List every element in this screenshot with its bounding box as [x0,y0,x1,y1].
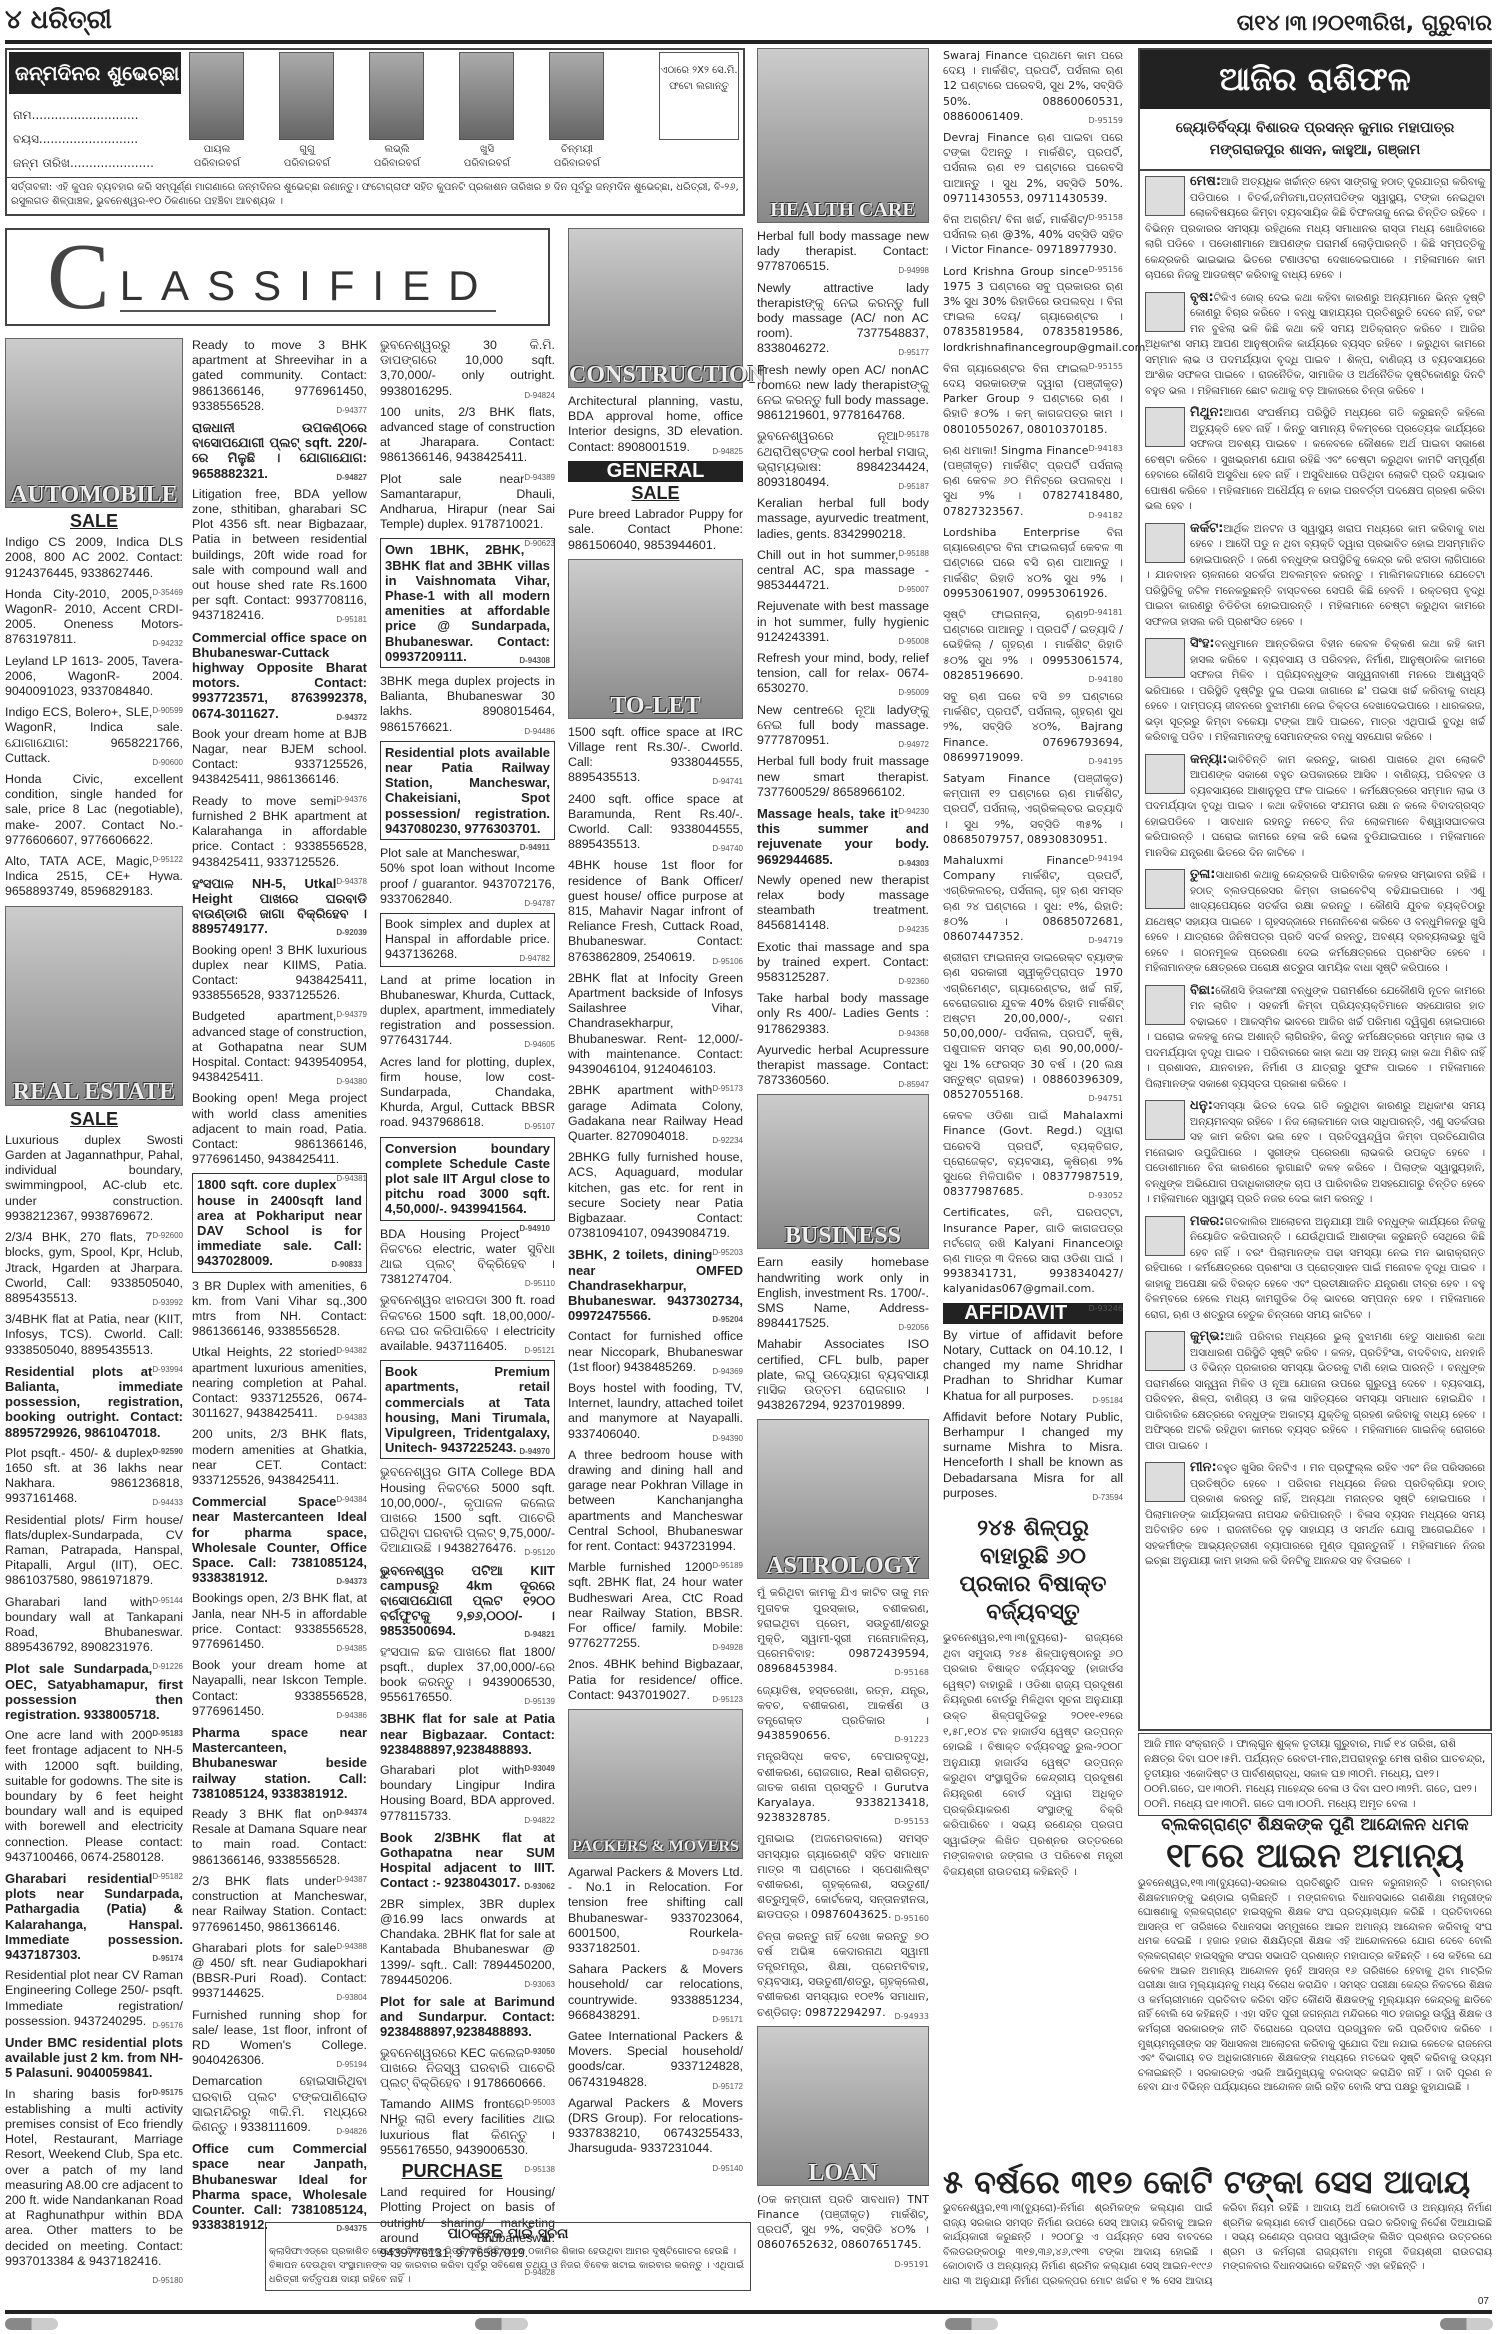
ad-code: D-94972 [898,737,929,752]
classified-ad: A three bedroom house with drawing and d… [568,1448,743,1554]
classified-ad: ହଂସପାଳ ଛକ ପାଖରେ flat 1800/ psqft., duple… [380,1645,555,1706]
ad-code: D-90833 [331,1257,362,1272]
news-body: ଭୁବନେଶ୍ୱର,୧୩।୩(ବ୍ୟୁରୋ)-ସରକାର ପ୍ରତିଶ୍ରୁତି… [1138,1877,1492,2096]
decor-pill [475,2318,528,2330]
news-teachers: ବ୍ଲକଗ୍ରାଣ୍ଟ ଶିକ୍ଷକଙ୍କ ପୁଣି ଆନ୍ଦୋଳନ ଧମକ ୧… [1138,1815,1492,2096]
ad-code: D-94933 [895,2009,930,2024]
classified-ad: 200 units, 2/3 BHK flats, modern ameniti… [192,1427,367,1488]
classified-ad: Mahabir Associates ISO certified, CFL bu… [757,1337,929,1413]
child-caption: ଖୁସିପରିବାରବର୍ଗ [447,143,527,171]
classified-ad: One acre land with 200 feet frontage adj… [5,1728,183,1865]
ad-text: Litigation free, BDA yellow zone, sthiti… [192,487,367,623]
child-photo [189,52,244,140]
ad-code: D-95168 [895,1665,930,1680]
child-photo [279,52,334,140]
ad-code: D-95203 [712,1245,743,1260]
zodiac-icon [1145,1216,1185,1256]
sign-text: କୌଣସି ହିତାକାଂକ୍ଷୀ ବନ୍ଧୁଙ୍କ ପରାମର୍ଶରେ ଯେକ… [1145,985,1485,1090]
ad-code: D-92360 [898,974,929,989]
ad-code: D-94368 [898,1026,929,1041]
classified-ad: Gatee International Packers & Movers. Sp… [568,2029,743,2090]
ad-code: D-95172 [712,2079,743,2094]
section-sale: SALE [5,1112,183,1127]
ad-text: 3BHK flat for sale at Patia near Bigbaza… [380,1711,555,1756]
zodiac-sign: କନ୍ୟା:ଭାବିଚିନ୍ତି କାମ କରନ୍ତୁ, କାରଣ ପାଖରେ … [1140,749,1490,865]
ad-code: D-94374 [336,1805,367,1820]
ad-code: D-95188 [898,546,929,561]
classified-ad: ମୁନାଭାଇ (ଅଜମେରବାଲେ) ସମସ୍ତ ସମସ୍ୟାର ଗ୍ୟାରେ… [757,1831,929,1922]
news-headline: ୧୮ରେ ଆଇନ ଅମାନ୍ୟ [1138,1835,1492,1877]
ad-code: D-95174 [152,1951,183,1966]
ad-code: D-95123 [712,1692,743,1707]
classified-ad: Ready to move 3 BHK apartment at Shreevi… [192,338,367,414]
classified-ad: Book 2/3BHK flat at Gothapatna near SUM … [380,1830,555,1891]
news-headline-cess: ୫ ବର୍ଷରେ ୩୧୭ କୋଟି ଟଙ୍କା ସେସ ଆଦାୟ [943,2163,1492,2202]
ad-code: D-95160 [895,1911,930,1926]
ad-code: D-94827 [336,470,367,485]
panchang: ଆଜି ମୀନ ସଂକ୍ରାନ୍ତି । ଫାଲ୍‌ଗୁନ ଶୁକ୍ଳ ତୃତୀ… [1138,1733,1492,1816]
birthday-title: ଜନ୍ମଦିନର ଶୁଭେଚ୍ଛା [9,52,181,94]
masthead: ୪ ଧରିତ୍ରୀ ତା୧୪।୩।୨୦୧୩ରିଖ, ଗୁରୁବାର [5,4,1492,44]
classified-ad: Pharma space near Mastercanteen, Bhubane… [192,1725,367,1801]
child-caption: ଲଭ୍‌ଲିପରିବାରବର୍ଗ [357,143,437,171]
ad-code: D-94388 [336,1939,367,1954]
ad-code: D-94825 [712,444,743,459]
child-caption: ଚିନ୍ମୟୀପରିବାରବର୍ଗ [537,143,617,171]
zodiac-icon [1145,754,1185,794]
ad-code: D-95159 [1089,113,1124,128]
ad-code: D-92590 [152,1444,183,1459]
ad-code: D-95156 [1089,262,1124,277]
ad-text: Conversion boundary complete Schedule Ca… [385,1141,550,1217]
classified-ad: Office cum Commercial space near Janpath… [192,2141,367,2232]
classified-ad: Book Premium apartments, retail commerci… [380,1360,555,1459]
ad-text: 200 units, 2/3 BHK flats, modern ameniti… [192,1427,367,1487]
classified-ad: Booking open! Mega project with world cl… [192,1091,367,1167]
ad-code: D-93049 [524,1761,555,1776]
zodiac-icon [1145,869,1185,909]
classified-ad: Furnished running shop for sale/ lease, … [192,2008,367,2069]
ad-code: D-94180 [1089,672,1124,687]
page-label: ୪ ଧରିତ୍ରୀ [5,5,112,36]
news-body-waste: ଭୁବନେଶ୍ୱର,୧୩।୩(ବ୍ୟୁରୋ)- ରାଜ୍ୟରେ ଥିବା ସମୁ… [943,1631,1123,1881]
ad-code: D-94378 [336,874,367,889]
zodiac-icon [1145,638,1185,678]
classified-ad: Devraj Finance ଋଣ ପାଇବା ପରେ ଟଙ୍କା ଦିଅନ୍ତ… [943,130,1123,206]
ad-text: By virtue of affidavit before Notary, Cu… [943,1328,1123,1403]
sign-text: ଟିକିଏ ଜୋର୍ ଦେଇ କଥା କହିବା କାରଣରୁ ଅନ୍ୟମାନେ… [1145,292,1485,397]
ad-code: D-95155 [1089,359,1124,374]
loan-image: LOAN [757,2026,929,2186]
ad-text: Pharma space near Mastercanteen, Bhubane… [192,1725,367,1801]
ad-code: D-93063 [524,1977,555,1992]
health-care-image: HEALTH CARE [757,48,929,223]
ad-code: D-95140 [712,2161,743,2176]
automobile-image: AUTOMOBILE [5,338,183,508]
sign-name: ବିଛା: [1190,983,1215,998]
classified-ad: Commercial office space on Bhubaneswar-C… [192,630,367,721]
sign-text: ଆର୍ଥିକ ଅନଟନ ଓ ସ୍ୱାସ୍ଥ୍ୟ ଖରାପ ମଧ୍ୟରେ କାମ … [1145,523,1485,628]
ad-code: D-94822 [524,1813,555,1828]
zodiac-sign: କର୍କଟ:ଆର୍ଥିକ ଅନଟନ ଓ ସ୍ୱାସ୍ଥ୍ୟ ଖରାପ ମଧ୍ୟର… [1140,518,1490,634]
classified-ad: Own 1BHK, 2BHK, 3BHK flat and 3BHK villa… [380,538,555,668]
classified-ad: Herbal full body fruit massage new smart… [757,754,929,800]
ad-text: Book your dream home at BJB Nagar, near … [192,727,367,787]
ad-text: Plot for sale at Barimund and Sundarpur.… [380,1994,555,2039]
ad-code: D-95183 [152,1726,183,1741]
ad-code: D-93992 [152,1295,183,1310]
ad-text: ଭୁବନେଶ୍ୱର GITA College BDA Housing ନିକଟର… [380,1465,555,1555]
ad-text: Commercial Space near Mastercanteen Idea… [192,1494,367,1585]
classified-ad: Agarwal Packers & Movers (DRS Group). Fo… [568,2096,743,2157]
ad-code: D-94998 [898,263,929,278]
classified-ad: Boys hostel with fooding, TV, Internet, … [568,1381,743,1442]
ad-code: D-92056 [898,1320,929,1335]
ad-code: D-95138 [524,2162,555,2177]
ad-code: D-95122 [152,852,183,867]
ad-code: D-94486 [524,724,555,739]
column-automobile-realestate: AUTOMOBILE SALE Indigo CS 2009, Indica D… [5,338,183,2288]
ad-text: Agarwal Packers & Movers (DRS Group). Fo… [568,2096,743,2156]
name-field: ନାମ............................ [13,108,138,123]
classified-ad: Booking open! 3 BHK luxurious duplex nea… [192,943,367,1004]
classified-banner: C LASSIFIED [5,228,550,326]
coupon-terms: ସର୍ତ୍ତାବଳୀ: ଏହି କୁପନ ବ୍ୟବହାର କରି ସମ୍ପୂର୍… [7,177,743,212]
ad-text: Office cum Commercial space near Janpath… [192,2141,367,2232]
reader-notice: ପାଠକଙ୍କ ପାଇଁ ସୂଚନା କ୍ଲାସିଫାଏଡ୍‌ରେ ପ୍ରକାଶ… [265,2222,751,2291]
ad-code: D-95110 [525,1276,555,1291]
classified-ad: Pure breed Labrador Puppy for sale. Cont… [568,507,743,553]
ad-code: D-94303 [898,856,929,871]
news-headline-waste: ୨୪୫ ଶିଳ୍ପରୁ ବାହାରୁଛି ୬୦ ପ୍ରକାର ବିଷାକ୍ତ ବ… [943,1515,1123,1627]
classified-ad: Swaraj Finance ପ୍ରଥମେ କାମ ପରେ ଦେୟ । ମାର୍… [943,48,1123,124]
ad-code: D-94970 [519,1444,550,1459]
ad-code: D-35469 [152,585,183,600]
ad-text: Commercial office space on Bhubaneswar-C… [192,630,367,721]
ad-code: D-85947 [898,1077,929,1092]
column-4: CONSTRUCTION Architectural planning, vas… [568,228,743,2176]
decor-pill [945,2318,998,2330]
ad-code: D-91226 [152,1659,183,1674]
classified-ad: Rejuvenate with best massage in hot summ… [757,599,929,645]
ad-text: Gharabari residential plots near Sundarp… [5,1871,183,1962]
ad-code: D-92600 [152,1228,183,1243]
classified-ad: 3BHK flat for sale at Patia near Bigbaza… [380,1711,555,1757]
ad-code: D-95178 [898,427,929,442]
dob-field: ଜନ୍ମ ତାରିଖ...................... [13,156,154,171]
page-ref: 07 [1478,2296,1489,2307]
ad-text: ମୁନାଭାଇ (ଅଜମେରବାଲେ) ସମସ୍ତ ସମସ୍ୟାର ଗ୍ୟାରେ… [757,1832,929,1921]
ad-text: One acre land with 200 feet frontage adj… [5,1728,183,1864]
classified-ad: Take harbal body massage only Rs 400/- L… [757,991,929,1037]
classified-ad: Leyland LP 1613- 2005, Tavera-2006, Wago… [5,654,183,700]
sign-text: ବନ୍ଧୁମାନେ ଆନ୍ତରିକତା ବିହୀନ କେବଳ ଚିକ୍କଣ କଥ… [1145,638,1485,743]
ad-code: D-94824 [524,388,555,403]
zodiac-icon [1145,292,1185,332]
ad-text: 2BHKG fully furnished house, ACS, Aquagu… [568,1150,743,1240]
section-sale: SALE [568,486,743,501]
classified-ad: 2BR simplex, 3BR duplex @16.99 lacs onwa… [380,1897,555,1988]
classified-ad: Commercial Space near Mastercanteen Idea… [192,1494,367,1585]
ad-code: D-95191 [895,2257,930,2272]
classified-ad: Architectural planning, vastu, BDA appro… [568,394,743,455]
ad-text: Certificates, ଜମି, ଘରପଟ୍ଟା, Insurance Pa… [943,1206,1123,1295]
ad-code: D-73594 [1092,1490,1123,1505]
classified-ad: 4BHK house 1st floor for residence of Ba… [568,858,743,964]
ad-code: D-94194 [1089,851,1124,866]
ad-code: D-90623 [524,536,555,551]
sign-name: ମୀନ: [1190,1460,1217,1475]
ad-code: D-94379 [336,1007,367,1022]
ad-code: D-94782 [519,951,550,966]
classified-ad: Contact for furnished office near Niccop… [568,1329,743,1375]
classified-ad: Exotic thai massage and spa by trained e… [757,940,929,986]
ad-text: Newly attractive lady therapistଙ୍କୁ ନେଇ … [757,281,929,356]
ad-code: D-94381 [336,1171,367,1186]
zodiac-sign: ବିଛା:କୌଣସି ହିତାକାଂକ୍ଷୀ ବନ୍ଧୁଙ୍କ ପରାମର୍ଶର… [1140,980,1490,1096]
ad-text: A three bedroom house with drawing and d… [568,1448,743,1553]
ad-code: D-95008 [898,634,929,649]
ad-code: D-93804 [336,1990,367,2005]
classified-ad: 3/4BHK flat at Patia, near (KIIT, Infosy… [5,1312,183,1358]
real-estate-image: REAL ESTATE [5,906,183,1106]
ad-text: Fresh newly open AC/ nonAC roomରେ new la… [757,363,929,423]
ad-text: 100 units, 2/3 BHK flats, advanced stage… [380,405,555,465]
classified-ad: Residential plots/ Firm house/ flats/dup… [5,1513,183,1589]
classified-ad: Satyam Finance (ପଞ୍ଜୀକୃତ) କମ୍ପାନୀ ୧୨ ଘଣ୍… [943,771,1123,847]
classified-ad: Lordshiba Enterprise ବିନା ଗ୍ୟାରେଣ୍ଟର ବିନ… [943,525,1123,601]
classified-ad: By virtue of affidavit before Notary, Cu… [943,1328,1123,1404]
ad-code: D-90599 [152,703,183,718]
photo-slot: ଏଠାରେ ୨X୨ ସେ.ମି. ଫଟୋ ଲଗାନ୍ତୁ [659,52,739,140]
to-let-image: TO-LET [568,559,743,719]
ad-code: D-95107 [524,1119,555,1134]
ad-code: D-94308 [519,653,550,668]
ad-text: Book Premium apartments, retail commerci… [385,1364,550,1455]
footer-rule [5,2310,1492,2314]
ad-text: 1800 sqft. core duplex house in 2400sqft… [197,1177,362,1268]
news-cess: ୫ ବର୍ଷରେ ୩୧୭ କୋଟି ଟଙ୍କା ସେସ ଆଦାୟ ଭୁବନେଶ୍… [943,2163,1492,2290]
classified-ad: Affidavit before Notary Public, Berhampu… [943,1410,1123,1501]
ad-text: ଶ୍ରୀରାମ ଫାଇନାନ୍ସ ଡାଇରେକ୍ଟ ବ୍ୟାଙ୍କ ଋଣ ସରକ… [943,951,1123,1101]
ad-code: D-94910 [519,1221,550,1236]
classified-ad: Newly opened new therapist relax body ma… [757,873,929,934]
classified-ad: Plot for sale at Barimund and Sundarpur.… [380,1994,555,2040]
classified-ad: ଭୁବନେଶ୍ୱର ପଟିଆ KIIT campusରୁ 4km ଦୂରରେ ବ… [380,1563,555,1639]
ad-code: D-94373 [336,1574,367,1589]
classified-ad: Marble furnished 1200 sqft. 2BHK flat, 2… [568,1560,743,1651]
ad-code: D-94384 [336,1492,367,1507]
ad-code: D-90600 [152,755,183,770]
zodiac-sign: ମିଥୁନ:ଆପଣ ସଂଘର୍ଷମୟ ପରିସ୍ଥିତି ମଧ୍ୟରେ ଗତି … [1140,402,1490,518]
ad-text: Marble furnished 1200 sqft. 2BHK flat, 2… [568,1560,743,1650]
classified-ad: 2BHK flat at Infocity Green Apartment ba… [568,971,743,1077]
news-kicker: ବ୍ଲକଗ୍ରାଣ୍ଟ ଶିକ୍ଷକଙ୍କ ପୁଣି ଆନ୍ଦୋଳନ ଧମକ [1138,1815,1492,1835]
ad-code: D-94182 [1089,508,1124,523]
classified-ad: Residential plots available near Patia R… [380,741,555,840]
zodiac-icon [1145,1100,1185,1140]
ad-text: 3 BR Duplex with amenities, 6 km. from V… [192,1279,367,1339]
age-field: ବୟସ.......................... [13,132,138,147]
sign-name: ବୃଷ: [1190,290,1214,305]
ad-code: D-93052 [1089,1188,1124,1203]
ad-code: D-95184 [1092,1393,1123,1408]
ad-code: D-93246 [1089,1301,1124,1316]
classified-ad: Indigo CS 2009, Indica DLS 2008, 800 AC … [5,535,183,581]
notice-body: କ୍ଲାସିଫାଏଡ୍‌ରେ ପ୍ରକାଶିତ କେତେକ ବିଜ୍ଞାପନକୁ… [269,2245,747,2287]
ad-text: 2BR simplex, 3BR duplex @16.99 lacs onwa… [380,1897,555,1987]
classified-ad: Lord Krishna Group since 1975 3 ଘଣ୍ଟାରେ … [943,264,1123,355]
rashifal-box: ଆଜିର ରାଶିଫଳ ଜ୍ୟୋତିର୍ବିଦ୍ୟା ବିଶାରଦ ପ୍ରସନ୍… [1138,48,1492,1731]
classified-ad: Demarcation ହୋଇସାରିଥିବା ଘରବାରି ପ୍ଲଟ ଟଙ୍କ… [192,2074,367,2135]
ad-code: D-95120 [524,1545,555,1560]
ad-code: D-94433 [152,1495,183,1510]
column-6: Swaraj Finance ପ୍ରଥମେ କାମ ପରେ ଦେୟ । ମାର୍… [943,48,1123,1881]
classified-ad: Acres land for plotting, duplex, firm ho… [380,1055,555,1131]
classified-ad: 3BHK mega duplex projects in Balianta, B… [380,674,555,735]
classified-ad: ଶ୍ରୀରାମ ଫାଇନାନ୍ସ ଡାଇରେକ୍ଟ ବ୍ୟାଙ୍କ ଋଣ ସରକ… [943,950,1123,1102]
classified-ad: Earn easily homebase handwriting work on… [757,1255,929,1331]
ad-text: Residential plots/ Firm house/ flats/dup… [5,1513,183,1588]
classified-ad: ଭୁବନେଶ୍ୱର ଝାରପଡା 300 ft. road ନିକଟରେ 150… [380,1293,555,1354]
sign-text: ଆପଣ ସଂଘର୍ଷମୟ ପରିସ୍ଥିତି ମଧ୍ୟରେ ଗତି କରୁଛନ୍… [1145,407,1485,512]
ad-code: D-95171 [712,2012,743,2027]
ad-code: D-92234 [712,1133,743,1148]
sign-name: କନ୍ୟା: [1190,752,1227,767]
ad-code: D-95204 [712,1312,743,1327]
classified-ad: 100 units, 2/3 BHK flats, advanced stage… [380,405,555,466]
ad-code: D-94751 [1089,1091,1124,1106]
ad-code: D-94719 [1089,933,1124,948]
ad-code: D-94911 [520,840,550,855]
ad-text: କେବଳ ଓଡିଶା ପାଇଁ Mahalaxmi Finance (Govt.… [943,1109,1123,1198]
classified-ad: ମୁଁ କରିଥିବା କାମକୁ ଯିଏ କାଟିବ ତାକୁ ମନ ମୁତା… [757,1585,929,1676]
zodiac-icon [1145,985,1185,1025]
classified-ad: Keralian herbal full body massage, ayurv… [757,496,929,542]
ad-text: ଚିନ୍ତା କରନ୍ତୁ ନାହିଁ ଦେଖା କରନ୍ତୁ ୭୦ ବର୍ଷ … [757,1930,929,2019]
ad-code: D-95003 [524,2095,555,2110]
classified-ad: Mahaluxmi Finance Company ମାର୍କଶିଟ୍, ପ୍ର… [943,853,1123,944]
section-sale: SALE [5,514,183,529]
ad-text: Acres land for plotting, duplex, firm ho… [380,1055,555,1130]
ad-code: D-94383 [336,1410,367,1425]
ad-code: D-94736 [712,1945,743,1960]
ad-code: D-94230 [898,804,929,819]
zodiac-sign: କୁମ୍ଭ:ଆଜି ପରିବାର ମଧ୍ୟରେ ଭୁଲ୍ ବୁଝାମଣା ହେତ… [1140,1326,1490,1457]
zodiac-sign: ମକର:ଗତକାଲିର ଆଲୋଚନା ଅନୁଯାୟୀ ଆଜି ବନ୍ଧୁଙ୍କ … [1140,1211,1490,1327]
ad-text: Honda Civic, excellent condition, single… [5,772,183,847]
column-5: HEALTH CARE Herbal full body massage new… [757,48,929,2272]
ad-code: D-95007 [898,582,929,597]
classified-ad: କେବଳ ଓଡିଶା ପାଇଁ Mahalaxmi Finance (Govt.… [943,1108,1123,1199]
sign-name: କୁମ୍ଭ: [1190,1329,1225,1344]
classified-ad: ରାଜଧାନୀ ଉପକଣ୍ଠରେ ବାସୋପଯୋଗୀ ପ୍ଲଟ୍ sqft. 2… [192,420,367,481]
classified-ad: Under BMC residential plots available ju… [5,2035,183,2081]
ad-code: D-95187 [898,479,929,494]
ad-code: D-94372 [336,710,367,725]
ad-code: D-95009 [898,685,929,700]
sign-name: ମିଥୁନ: [1190,405,1224,420]
classified-ad: Agarwal Packers & Movers Ltd. - No.1 in … [568,1865,743,1956]
ad-text: Own 1BHK, 2BHK, 3BHK flat and 3BHK villa… [385,542,550,663]
ad-code: D-94386 [336,1708,367,1723]
ad-code: D-95177 [898,345,929,360]
ad-code: D-94382 [336,1343,367,1358]
ad-text: Lordshiba Enterprise ବିନା ଗ୍ୟାରେଣ୍ଟର ବିନ… [943,526,1123,600]
ad-text: 4BHK house 1st floor for residence of Ba… [568,858,743,963]
zodiac-sign: ସିଂହ:ବନ୍ଧୁମାନେ ଆନ୍ତରିକତା ବିହୀନ କେବଳ ଚିକ୍… [1140,633,1490,749]
classified-ad: Gharabari residential plots near Sundarp… [5,1871,183,1962]
classified-ad: Conversion boundary complete Schedule Ca… [380,1137,555,1221]
ad-code: D-94389 [524,470,555,485]
ad-code: D-94928 [712,1640,743,1655]
classified-ad: In sharing basis for establishing a mult… [5,2087,183,2269]
news-body-cess: ଭୁବନେଶ୍ୱର,୧୩।୩(ବ୍ୟୁରୋ)-ନିର୍ମାଣ ଶ୍ରମିକଙ୍କ… [943,2202,1492,2290]
ad-text: Affidavit before Notary Public, Berhampu… [943,1410,1123,1500]
classified-ad: 2BHKG fully furnished house, ACS, Aquagu… [568,1150,743,1241]
ad-text: Earn easily homebase handwriting work on… [757,1255,929,1330]
child-photo [459,52,514,140]
classified-ad: ଭୁବନେଶ୍ୱର GITA College BDA Housing ନିକଟର… [380,1465,555,1556]
ad-text: Ready to move 3 BHK apartment at Shreevi… [192,338,367,413]
ad-code: D-95175 [152,2085,183,2100]
ad-code: D-95189 [712,1558,743,1573]
zodiac-icon [1145,176,1185,216]
child-caption: ଗୁଗୁପରିବାରବର୍ଗ [267,143,347,171]
notice-title: ପାଠକଙ୍କ ପାଇଁ ସୂଚନା [269,2226,747,2242]
ad-code: D-95181 [336,612,367,627]
ad-code: D-94821 [524,1627,555,1642]
ad-code: D-95144 [152,1593,183,1608]
sign-text: ଆଜି ପରିବାର ମଧ୍ୟରେ ଭୁଲ୍ ବୁଝାମଣା ହେତୁ ସାଧା… [1145,1331,1485,1452]
ad-text: Agarwal Packers & Movers Ltd. - No.1 in … [568,1865,743,1955]
sign-name: ଧନୁ: [1190,1098,1213,1113]
classified-ad: Land at prime location in Bhubaneswar, K… [380,973,555,1049]
decor-pill [5,2318,58,2330]
classified-ad: Book simplex and duplex at Hanspal in af… [380,913,555,967]
rashifal-author: ଜ୍ୟୋତିର୍ବିଦ୍ୟା ବିଶାରଦ ପ୍ରସନ୍ନ କୁମାର ମହାପ… [1140,109,1490,171]
birthday-coupon: ଜନ୍ମଦିନର ଶୁଭେଚ୍ଛା ନାମ...................… [5,48,745,216]
ad-code: D-94232 [152,636,183,651]
zodiac-sign: ଧନୁ:ସମସ୍ୟା ଭିତର ଦେଇ ଗତି କରୁଥିବା କାରଣରୁ ଅ… [1140,1095,1490,1211]
zodiac-icon [1145,1331,1185,1371]
construction-image: CONSTRUCTION [568,228,743,388]
classified-ad: Refresh your mind, body, relief tension,… [757,651,929,697]
issue-date: ତା୧୪।୩।୨୦୧୩ରିଖ, ଗୁରୁବାର [1237,11,1492,36]
classified-ad: Fresh newly open AC/ nonAC roomରେ new la… [757,363,929,424]
rashifal-title: ଆଜିର ରାଶିଫଳ [1140,50,1490,109]
classified-ad: ଚିନ୍ତା କରନ୍ତୁ ନାହିଁ ଦେଖା କରନ୍ତୁ ୭୦ ବର୍ଷ … [757,1929,929,2020]
classified-ad: New centreରେ ନୂଆ ladyଙ୍କୁ ନେଇ full body … [757,703,929,749]
ad-code: D-94787 [524,896,555,911]
ad-code: D-92039 [336,925,367,940]
ad-text: Booking open! Mega project with world cl… [192,1091,367,1166]
classified-ad: Sahara Packers & Movers household/ car r… [568,1962,743,2023]
classified-ad: Newly attractive lady therapistଙ୍କୁ ନେଇ … [757,281,929,357]
ad-text: Under BMC residential plots available ju… [5,2035,183,2080]
business-image: BUSINESS [757,1094,929,1249]
classified-ad: 3 BR Duplex with amenities, 6 km. from V… [192,1279,367,1340]
ad-text: Leyland LP 1613- 2005, Tavera-2006, Wago… [5,654,183,698]
classified-ad: 2nos. 4BHK behind Bigbazaar, Patia for r… [568,1657,743,1703]
ad-code: D-95194 [336,2057,367,2072]
ad-code: D-95180 [152,2273,183,2288]
ad-text: Indigo CS 2009, Indica DLS 2008, 800 AC … [5,535,183,579]
child-photo [549,52,604,140]
zodiac-icon [1145,407,1185,447]
classified-ad: Residential plot near CV Raman Engineeri… [5,1968,183,2029]
ad-code: D-95158 [1089,210,1124,225]
